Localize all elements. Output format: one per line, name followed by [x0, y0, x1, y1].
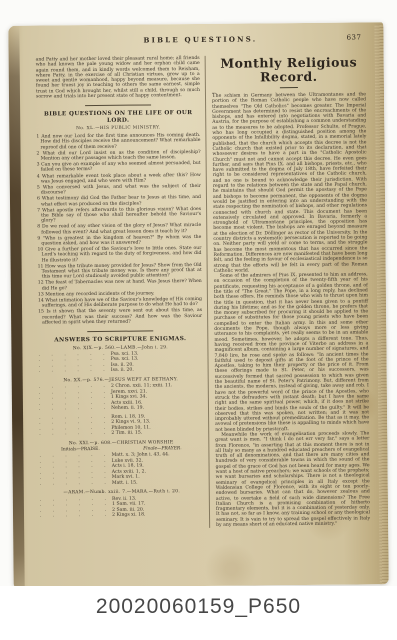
scan-footer: 20020060159_P650: [0, 586, 397, 640]
title-rule: [280, 87, 298, 88]
question-item: 3 Can you give an example of any who see…: [37, 161, 201, 173]
enigma-block: No. XXI.—p. 608.—CHRISTIAN WORSHIP, Init…: [39, 440, 203, 487]
question-item: 1 And now our Lord for the first time an…: [36, 133, 200, 150]
record-paragraph: The schism in Germany between the Ultram…: [212, 92, 368, 274]
right-column: Monthly Religious Record. The schism in …: [206, 54, 371, 528]
scan-viewport: BIBLE QUESTIONS. 637 and Patty and her m…: [0, 0, 397, 640]
left-column: and Patty and her mother loved their ple…: [36, 56, 211, 530]
question-item: 6 What testimony did God the Father bear…: [37, 195, 201, 207]
page-header-title: BIBLE QUESTIONS.: [35, 33, 365, 45]
question-item: 11 How was the tribute money provided fo…: [38, 263, 202, 280]
enigma-row: . . . . . . . . . . . . . . . .2 Tim. ii…: [39, 430, 203, 437]
enigma-finale-label: Finale—PRAYER.: [143, 446, 181, 452]
enigma-row: . . . . . . . . . . . . . . . .Isa. ii. …: [39, 367, 203, 374]
enigma-row: . . . . . . . . . . . . . . . .Matt. i. …: [40, 480, 204, 487]
question-item: 5 Who conversed with Jesus, and what was…: [37, 184, 201, 196]
dot-leader: . . . . . . . . . . . . . . . .: [39, 431, 111, 437]
enigma-block: No. XIX.—p. 560.—LAMB.—John i. 29. . . .…: [38, 344, 202, 374]
book-spine-shadow: [8, 26, 24, 588]
section-divider-rule: [85, 105, 151, 107]
scan-id-label: 20020060159_P650: [96, 595, 301, 619]
enigma-block: No. XX.—p. 576.—JESUS WEPT AT BETHANY. .…: [39, 377, 204, 437]
record-paragraph: Meanwhile the work of evangelisation pro…: [215, 431, 370, 528]
page-block-edge: [374, 24, 388, 584]
scripture-reference: Nehem. ii. 19.: [111, 405, 203, 411]
dot-leader: . . . . . . . . . . . . . . . .: [40, 481, 112, 487]
question-item: 12 The feast of Tabernacles was now at h…: [38, 279, 202, 291]
enigma-block: —ARAM.—Numb. xxiii. 7.—MARA.—Ruth i. 20.…: [40, 489, 204, 519]
question-item: 9 "Who is greatest in the kingdom of hea…: [37, 235, 201, 247]
question-item: 2 What did our Lord insist on as the con…: [37, 150, 201, 162]
page-content: BIBLE QUESTIONS. 637 and Patty and her m…: [35, 33, 370, 581]
dot-leader: . . . . . . . . . . . . . . . .: [39, 368, 111, 374]
enigma-row: . . . . . . . . . . . . . . . .Nehem. ii…: [39, 405, 203, 412]
dot-leader: . . . . . . . . . . . . . . . .: [39, 406, 111, 412]
question-item: 8 Do we read of any other vision of the …: [37, 223, 201, 235]
questions-section-heading: BIBLE QUESTIONS ON THE LIFE OF OUR LORD.: [36, 110, 200, 124]
scripture-reference: Matt. i. 15.: [112, 480, 204, 486]
record-section-title: Monthly Religious Record.: [212, 55, 366, 84]
question-item: 15 Is it shown that the seventy were sen…: [38, 308, 202, 325]
question-item: 10 Give a further proof of the Saviour's…: [37, 246, 201, 263]
record-paragraph: Some of the admirers of Pius IX. present…: [214, 272, 370, 432]
question-item: 4 What remarkable event took place about…: [37, 173, 201, 185]
answers-section-heading: ANSWERS TO SCRIPTURE ENIGMAS.: [38, 336, 202, 344]
enigma-initials-label: Initials—PRAISE.: [61, 447, 100, 453]
scripture-reference: Isa. ii. 20.: [111, 367, 203, 373]
questions-section-subheading: No. XL.—HIS PUBLIC MINISTRY.: [36, 125, 200, 132]
continuation-paragraph: and Patty and her mother loved their ple…: [36, 56, 200, 100]
page-number: 637: [347, 33, 362, 41]
enigma-row: . . . . . . . . . . . . . . . .2 Kings x…: [40, 512, 204, 519]
dot-leader: . . . . . . . . . . . . . . . .: [40, 513, 112, 519]
book-page: BIBLE QUESTIONS. 637 and Patty and her m…: [8, 22, 388, 588]
section-divider-rule: [87, 331, 153, 333]
running-head: BIBLE QUESTIONS. 637: [35, 33, 365, 48]
two-column-layout: and Patty and her mother loved their ple…: [36, 54, 371, 529]
question-item: 7 What apostle refers afterwards to this…: [37, 207, 201, 224]
scripture-reference: 2 Tim. iii. 15.: [111, 430, 203, 436]
scripture-reference: 2 Kings xi. 18.: [112, 512, 204, 518]
